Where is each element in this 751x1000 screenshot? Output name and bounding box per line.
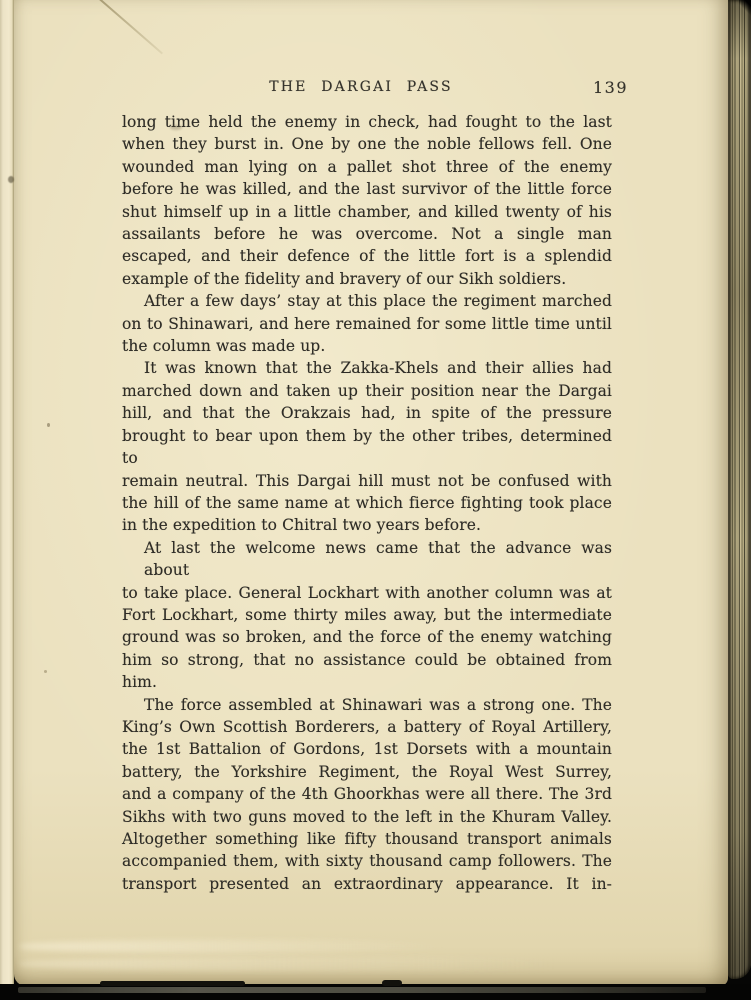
text-line: transport presented an extraordinary app… [122,873,612,895]
text-line: to take place. General Lockhart with ano… [122,582,612,604]
text-line: him so strong, that no assistance could … [122,649,612,671]
text-line: the hill of the same name at which fierc… [122,492,612,514]
scan-light-streak [20,940,450,953]
running-header: THE DARGAI PASS 139 [122,79,612,97]
text-line: At last the welcome news came that the a… [122,537,612,582]
text-line: and a company of the 4th Ghoorkhas were … [122,783,612,805]
ink-smudge [170,125,182,130]
text-line: battery, the Yorkshire Regiment, the Roy… [122,761,612,783]
paragraph: It was known that the Zakka-Khels and th… [122,357,612,536]
text-line: remain neutral. This Dargai hill must no… [122,470,612,492]
scan-light-streak [20,957,650,971]
paper-speck [44,670,47,673]
book-scan: THE DARGAI PASS 139 long time held the e… [0,0,751,1000]
text-line: accompanied them, with sixty thousand ca… [122,850,612,872]
paper-speck [8,176,14,183]
text-line: King’s Own Scottish Borderers, a battery… [122,716,612,738]
page-stack-edges [728,0,751,979]
text-line: It was known that the Zakka-Khels and th… [122,357,612,379]
page-number: 139 [593,78,628,97]
text-line: him. [122,671,612,693]
text-line: shut himself up in a little chamber, and… [122,201,612,223]
paper-speck [47,423,50,427]
under-page-edge [0,0,14,986]
text-line: example of the fidelity and bravery of o… [122,268,612,290]
text-line: Fort Lockhart, some thirty miles away, b… [122,604,612,626]
text-line: brought to bear upon them by the other t… [122,425,612,470]
text-line: in the expedition to Chitral two years b… [122,514,612,536]
paragraph: The force assembled at Shinawari was a s… [122,694,612,896]
paragraph: long time held the enemy in check, had f… [122,111,612,290]
paragraph: At last the welcome news came that the a… [122,537,612,694]
text-line: before he was killed, and the last survi… [122,178,612,200]
text-line: The force assembled at Shinawari was a s… [122,694,612,716]
text-line: After a few days’ stay at this place the… [122,290,612,312]
text-line: Altogether something like fifty thousand… [122,828,612,850]
text-line: ground was so broken, and the force of t… [122,626,612,648]
text-line: the 1st Battalion of Gordons, 1st Dorset… [122,738,612,760]
text-line: wounded man lying on a pallet shot three… [122,156,612,178]
book-bottom-edge [0,984,751,1000]
text-line: Sikhs with two guns moved to the left in… [122,806,612,828]
corner-shadow [739,0,751,16]
text-line: marched down and taken up their position… [122,380,612,402]
text-line: the column was made up. [122,335,612,357]
text-line: assailants before he was overcome. Not a… [122,223,612,245]
chapter-title: THE DARGAI PASS [269,79,453,95]
text-line: escaped, and their defence of the little… [122,245,612,267]
shadow-notch [382,980,402,986]
page-crease [95,0,162,54]
book-bottom-band [18,987,706,993]
text-line: when they burst in. One by one the noble… [122,133,612,155]
text-line: on to Shinawari, and here remained for s… [122,313,612,335]
text-block: long time held the enemy in check, had f… [122,111,612,895]
shadow-notch [100,981,245,986]
text-line: long time held the enemy in check, had f… [122,111,612,133]
text-line: hill, and that the Orakzais had, in spit… [122,402,612,424]
paragraph: After a few days’ stay at this place the… [122,290,612,357]
book-page: THE DARGAI PASS 139 long time held the e… [14,0,728,986]
